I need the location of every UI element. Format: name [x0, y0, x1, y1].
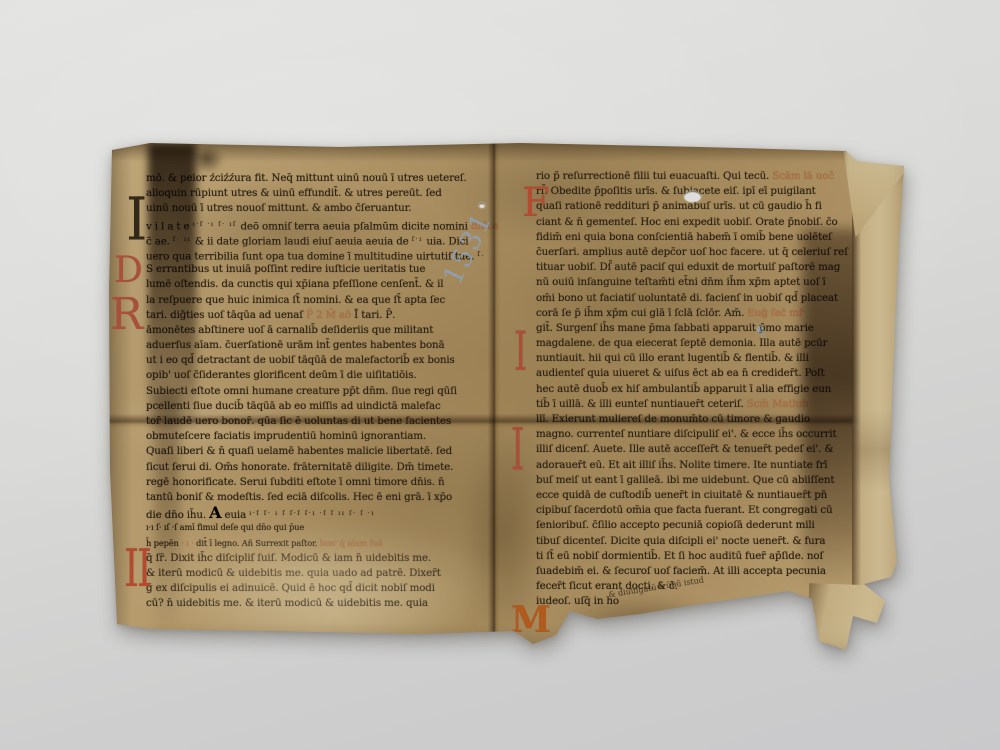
illuminated-initial: I [126, 190, 147, 249]
illuminated-initial: D [114, 253, 143, 289]
text-line: ciant & n̄ gementeſ. Hoc eni expedit uob… [536, 215, 872, 230]
text-line: obmuteſcere faciatis imprudentiū hominū … [146, 429, 498, 444]
stain-left-streak [148, 143, 196, 428]
text-line: tantū boniſ & modeſtis. ſed eciā diſcoli… [146, 490, 498, 505]
text-line: opib' uoſ c̄ſiderantes glorificent deūm … [146, 368, 498, 383]
pale-bottom-area [116, 519, 506, 644]
text-line: Quaſi liberi & n̄ quaſi uelamē habentes … [146, 444, 498, 459]
illuminated-initial: F [522, 183, 550, 223]
illuminated-initial: I [514, 325, 527, 379]
text-line: la reſpuere que huic inimica ſt̄ nomini.… [146, 293, 498, 308]
stain-bottom-edge [556, 593, 726, 651]
text-line: regē honorificate. Serui ſubditi eſtote … [146, 475, 498, 490]
text-line: c̄ ae. ſ· ıı & ii date gloriam laudi eiu… [146, 232, 498, 247]
text-line: Subiecti eſtote omni humane creature pp̄… [146, 384, 498, 399]
manuscript-fragment: mō. & peior źciźźura fit. Neq̄ mittunt u… [108, 141, 908, 653]
wormhole [684, 191, 701, 202]
text-line: āmonētes abſtinere uoſ ā carnalib̄ deſid… [146, 323, 498, 338]
text-line: mō. & peior źciźźura fit. Neq̄ mittunt u… [146, 171, 498, 186]
fold-crease-horizontal [108, 414, 908, 428]
wormhole-small [479, 203, 485, 208]
text-line: aduerſus aīam. c̄uerſationē urām int̄ ge… [146, 338, 498, 353]
stain-top-smudge [190, 145, 224, 173]
flap-bottom-tail [807, 583, 917, 659]
text-line: tari. dig̃ties uoſ tāqūa ad uenaſ P̄ 2 M… [146, 308, 498, 323]
illuminated-initial: I [511, 422, 524, 480]
text-line: ut i eo qd̄ detractant de uobiſ tāqūā de… [146, 353, 498, 368]
text-line: rio p̄ reſurrectionē filii tui euacuaſti… [536, 169, 872, 184]
text-line: uinū nouū ī utres nouoſ mittunt. & ambo … [146, 201, 498, 216]
text-line: v i l a t e ı·ſ ·ı ſ· ıſ deō omniſ terra… [146, 217, 498, 232]
photo-backdrop: mō. & peior źciźźura fit. Neq̄ mittunt u… [0, 0, 1000, 750]
text-line: rſ̄. Obedite p̄poſitis urīs. & ſubiacete… [536, 184, 872, 199]
text-line: pcellenti ſiue ducib̄ tāqūā ab eo miſſis… [146, 399, 498, 414]
parchment-shadow-wrap: mō. & peior źciźźura fit. Neq̄ mittunt u… [0, 0, 1000, 750]
illuminated-initial: R [110, 293, 143, 337]
text-line: quaſi rationē reddituri p̄ animabuſ urīs… [536, 199, 872, 214]
text-line: alioquin rūpiunt utres & uinū effundit̄.… [146, 186, 498, 201]
illuminated-initial: M [511, 602, 551, 638]
illuminated-initial: II [124, 543, 150, 594]
text-line: ſicut ſerui di. Om̄s honorate. frāternit… [146, 460, 498, 475]
